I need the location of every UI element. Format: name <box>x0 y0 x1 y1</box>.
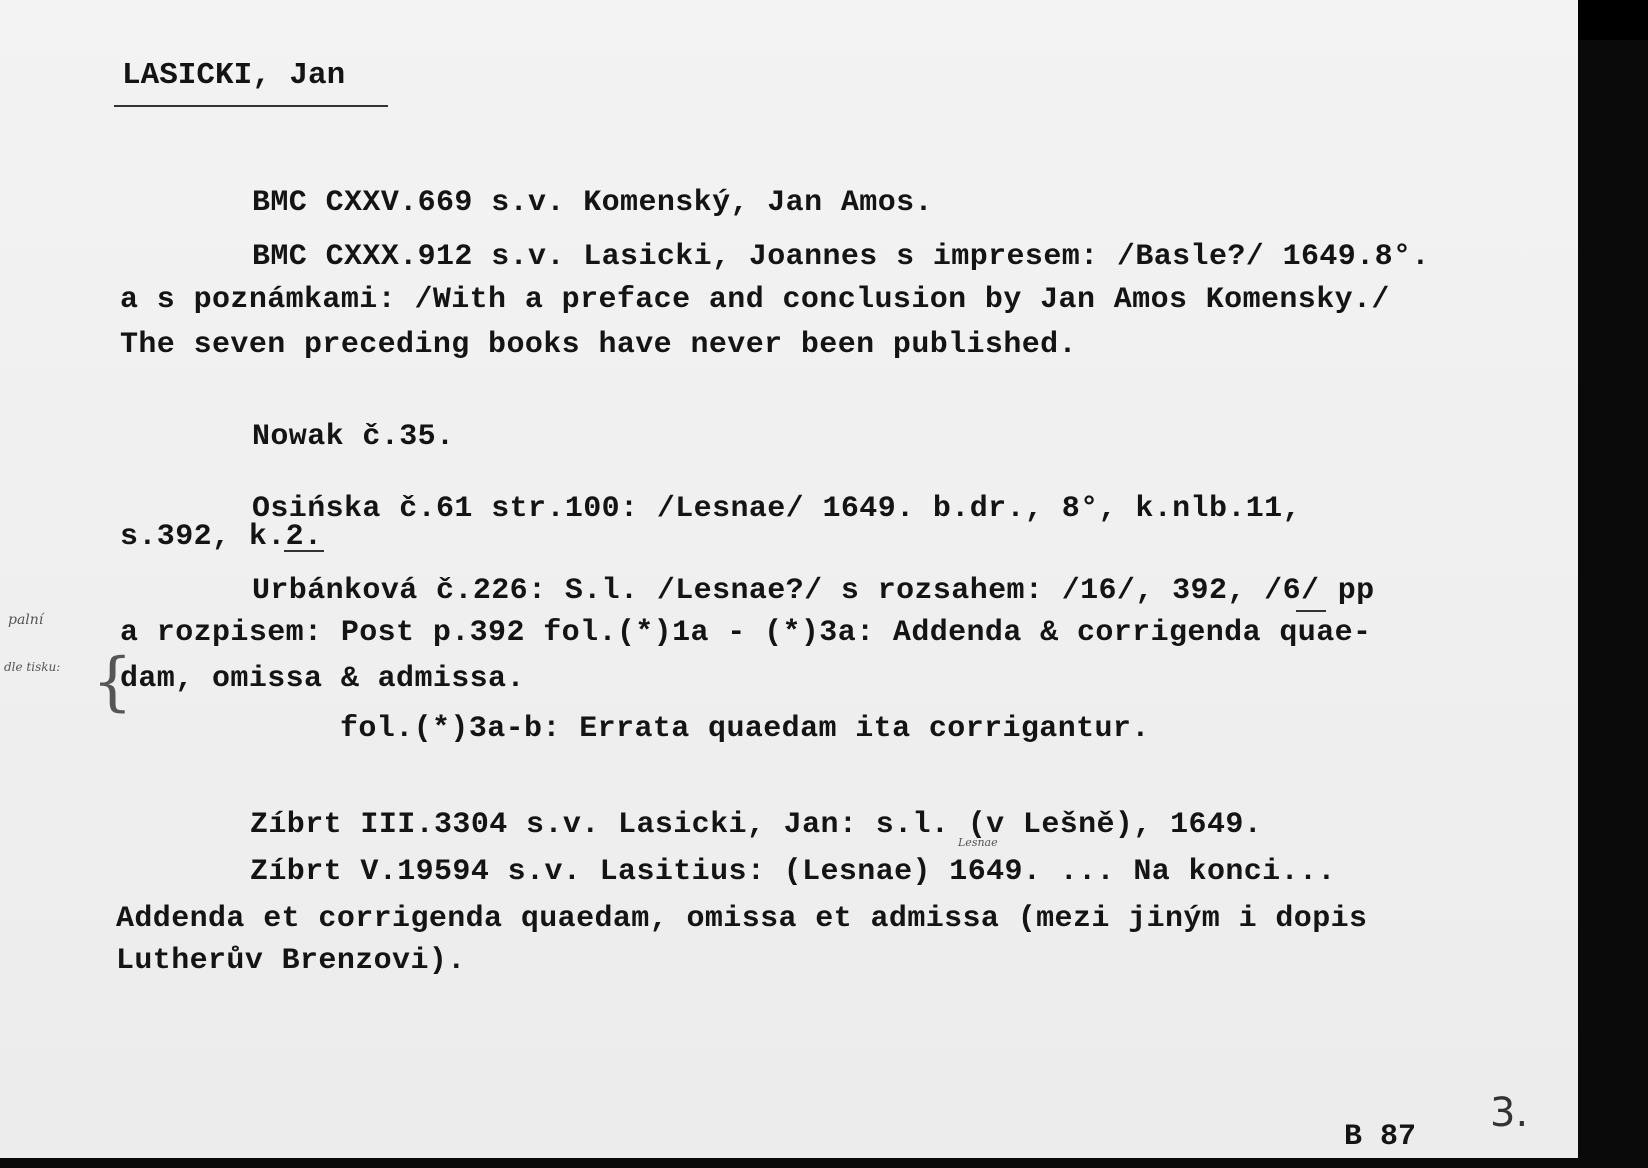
card-line-9: a rozpisem: Post p.392 fol.(*)1a - (*)3a… <box>120 616 1371 650</box>
card-line-14: Addenda et corrigenda quaedam, omissa et… <box>116 902 1367 936</box>
catalog-card: LASICKI, Jan BMC CXXV.669 s.v. Komenský,… <box>0 0 1578 1158</box>
scan-border <box>1578 0 1648 40</box>
card-heading: LASICKI, Jan <box>122 58 345 94</box>
card-line-5: Nowak č.35. <box>252 420 454 454</box>
heading-underline <box>114 105 388 107</box>
card-line-6: Osińska č.61 str.100: /Lesnae/ 1649. b.d… <box>252 492 1301 526</box>
card-line-10: dam, omissa & admissa. <box>120 662 525 696</box>
card-line-4: The seven preceding books have never bee… <box>120 328 1077 362</box>
shelf-mark: B 87 <box>1344 1120 1416 1154</box>
card-line-12: Zíbrt III.3304 s.v. Lasicki, Jan: s.l. (… <box>250 808 1262 842</box>
handwritten-insertion: Lesnae <box>958 836 998 849</box>
card-line-3: a s poznámkami: /With a preface and conc… <box>120 283 1390 317</box>
card-line-15: Lutherův Brenzovi). <box>116 944 466 978</box>
card-line-2: BMC CXXX.912 s.v. Lasicki, Joannes s imp… <box>252 240 1430 274</box>
page-number: 3. <box>1490 1090 1528 1136</box>
card-line-11: fol.(*)3a-b: Errata quaedam ita corrigan… <box>340 712 1150 746</box>
card-line-1: BMC CXXV.669 s.v. Komenský, Jan Amos. <box>252 186 933 220</box>
handwritten-margin-note: dle tisku: <box>4 660 60 674</box>
brace-mark: { <box>92 650 133 714</box>
handwritten-underline <box>284 550 324 552</box>
card-line-13: Zíbrt V.19594 s.v. Lasitius: (Lesnae) 16… <box>250 855 1336 889</box>
card-line-8: Urbánková č.226: S.l. /Lesnae?/ s rozsah… <box>252 574 1375 608</box>
handwritten-margin-note: palní <box>8 612 43 628</box>
handwritten-underline <box>1296 610 1326 612</box>
card-line-7: s.392, k.2. <box>120 520 322 554</box>
